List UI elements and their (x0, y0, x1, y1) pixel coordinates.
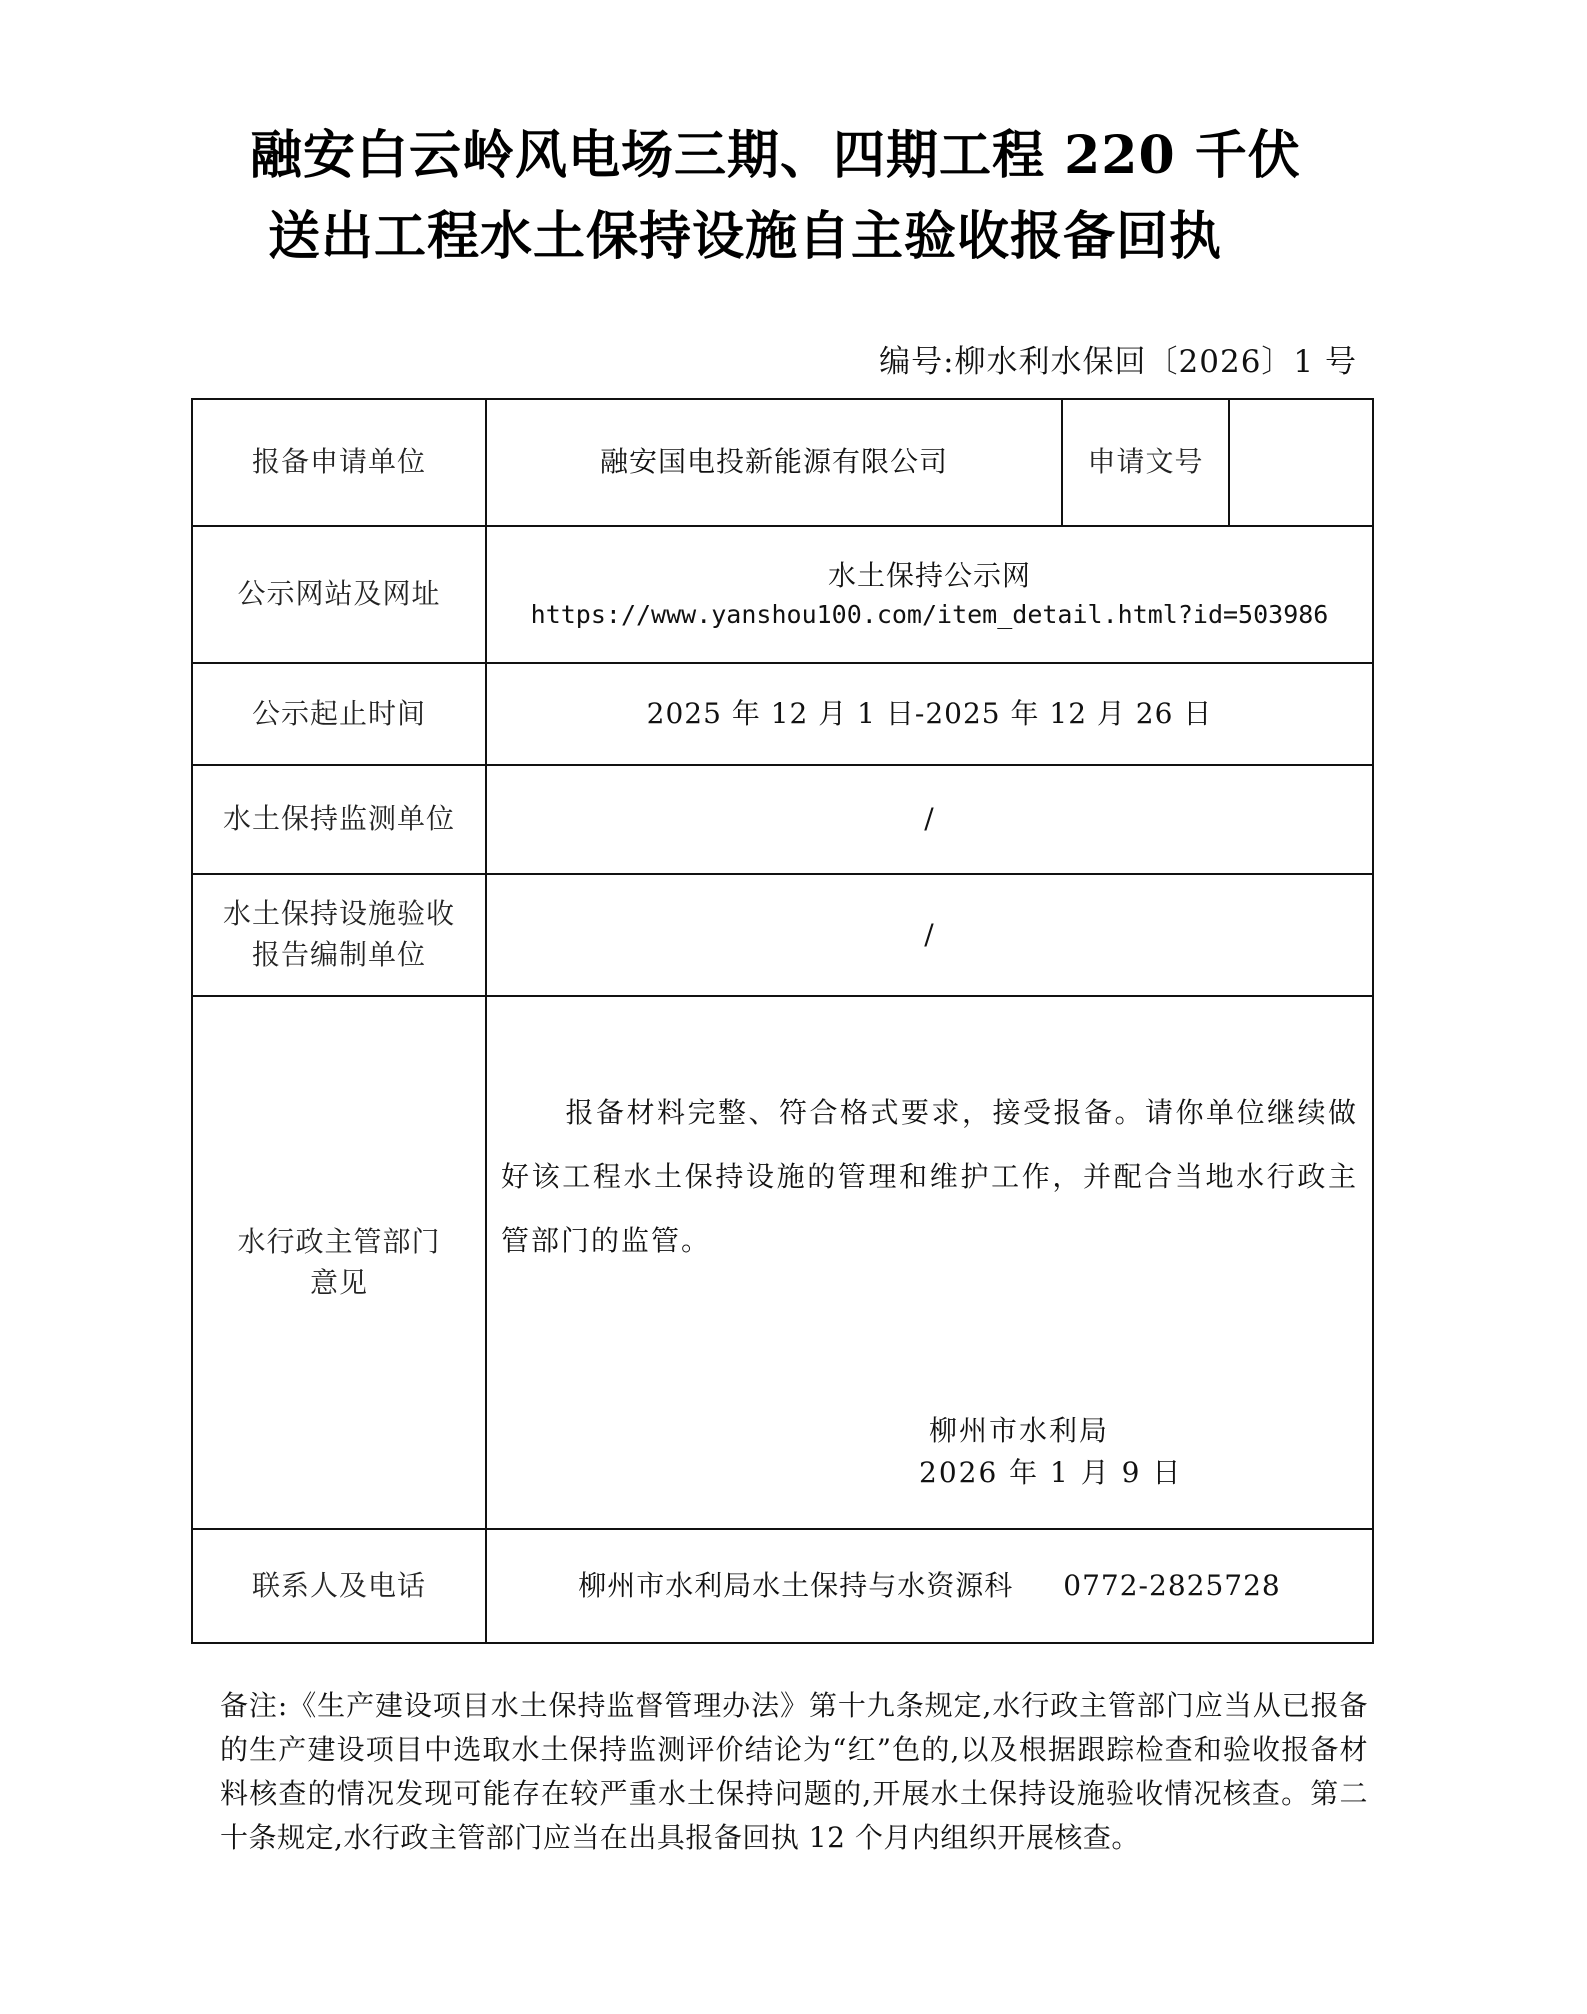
contact-department: 柳州市水利局水土保持与水资源科 (578, 1569, 1013, 1602)
contact-phone: 0772-2825728 (1063, 1569, 1280, 1602)
table-row-publicity-website: 公示网站及网址 水土保持公示网 https://www.yanshou100.c… (192, 526, 1373, 663)
application-doc-number-value (1229, 399, 1373, 526)
signature-date: 2026 年 1 月 9 日 (919, 1453, 1182, 1494)
applicant-value: 融安国电投新能源有限公司 (486, 399, 1062, 526)
publicity-period-label: 公示起止时间 (192, 663, 486, 765)
publicity-website-name: 水土保持公示网 (495, 556, 1364, 597)
filing-receipt-table: 报备申请单位 融安国电投新能源有限公司 申请文号 公示网站及网址 水土保持公示网… (191, 398, 1374, 1644)
authority-opinion-label-line-1: 水行政主管部门 (201, 1222, 477, 1263)
table-row-authority-opinion: 水行政主管部门 意见 报备材料完整、符合格式要求，接受报备。请你单位继续做好该工… (192, 996, 1373, 1529)
document-title-line-2: 送出工程水土保持设施自主验收报备回执 (268, 211, 1587, 263)
report-compiler-value: / (486, 874, 1373, 996)
footnote: 备注:《生产建设项目水土保持监督管理办法》第十九条规定,水行政主管部门应当从已报… (220, 1684, 1368, 1860)
publicity-period-value: 2025 年 12 月 1 日-2025 年 12 月 26 日 (486, 663, 1373, 765)
report-compiler-label-line-2: 报告编制单位 (201, 935, 477, 976)
publicity-website-label: 公示网站及网址 (192, 526, 486, 663)
monitoring-unit-value: / (486, 765, 1373, 874)
monitoring-unit-label: 水土保持监测单位 (192, 765, 486, 874)
publicity-website-value: 水土保持公示网 https://www.yanshou100.com/item_… (486, 526, 1373, 663)
contact-label: 联系人及电话 (192, 1529, 486, 1643)
authority-opinion-label-line-2: 意见 (201, 1263, 477, 1304)
document-title-line-1: 融安白云岭风电场三期、四期工程 220 千伏 (250, 130, 1587, 182)
contact-value: 柳州市水利局水土保持与水资源科0772-2825728 (486, 1529, 1373, 1643)
table-row-contact: 联系人及电话 柳州市水利局水土保持与水资源科0772-2825728 (192, 1529, 1373, 1643)
table-row-publicity-period: 公示起止时间 2025 年 12 月 1 日-2025 年 12 月 26 日 (192, 663, 1373, 765)
table-row-monitoring-unit: 水土保持监测单位 / (192, 765, 1373, 874)
authority-opinion-label: 水行政主管部门 意见 (192, 996, 486, 1529)
table-row-report-compiler: 水土保持设施验收 报告编制单位 / (192, 874, 1373, 996)
table-row-applicant: 报备申请单位 融安国电投新能源有限公司 申请文号 (192, 399, 1373, 526)
authority-opinion-cell: 报备材料完整、符合格式要求，接受报备。请你单位继续做好该工程水土保持设施的管理和… (486, 996, 1373, 1529)
signature-organization: 柳州市水利局 (929, 1411, 1109, 1452)
applicant-label: 报备申请单位 (192, 399, 486, 526)
application-doc-number-label: 申请文号 (1062, 399, 1229, 526)
document-number: 编号:柳水利水保回〔2026〕1 号 (879, 336, 1357, 381)
report-compiler-label: 水土保持设施验收 报告编制单位 (192, 874, 486, 996)
publicity-website-url[interactable]: https://www.yanshou100.com/item_detail.h… (495, 597, 1364, 633)
authority-opinion-text: 报备材料完整、符合格式要求，接受报备。请你单位继续做好该工程水土保持设施的管理和… (501, 1081, 1358, 1273)
authority-opinion-body: 报备材料完整、符合格式要求，接受报备。请你单位继续做好该工程水土保持设施的管理和… (501, 1096, 1358, 1257)
report-compiler-label-line-1: 水土保持设施验收 (201, 894, 477, 935)
